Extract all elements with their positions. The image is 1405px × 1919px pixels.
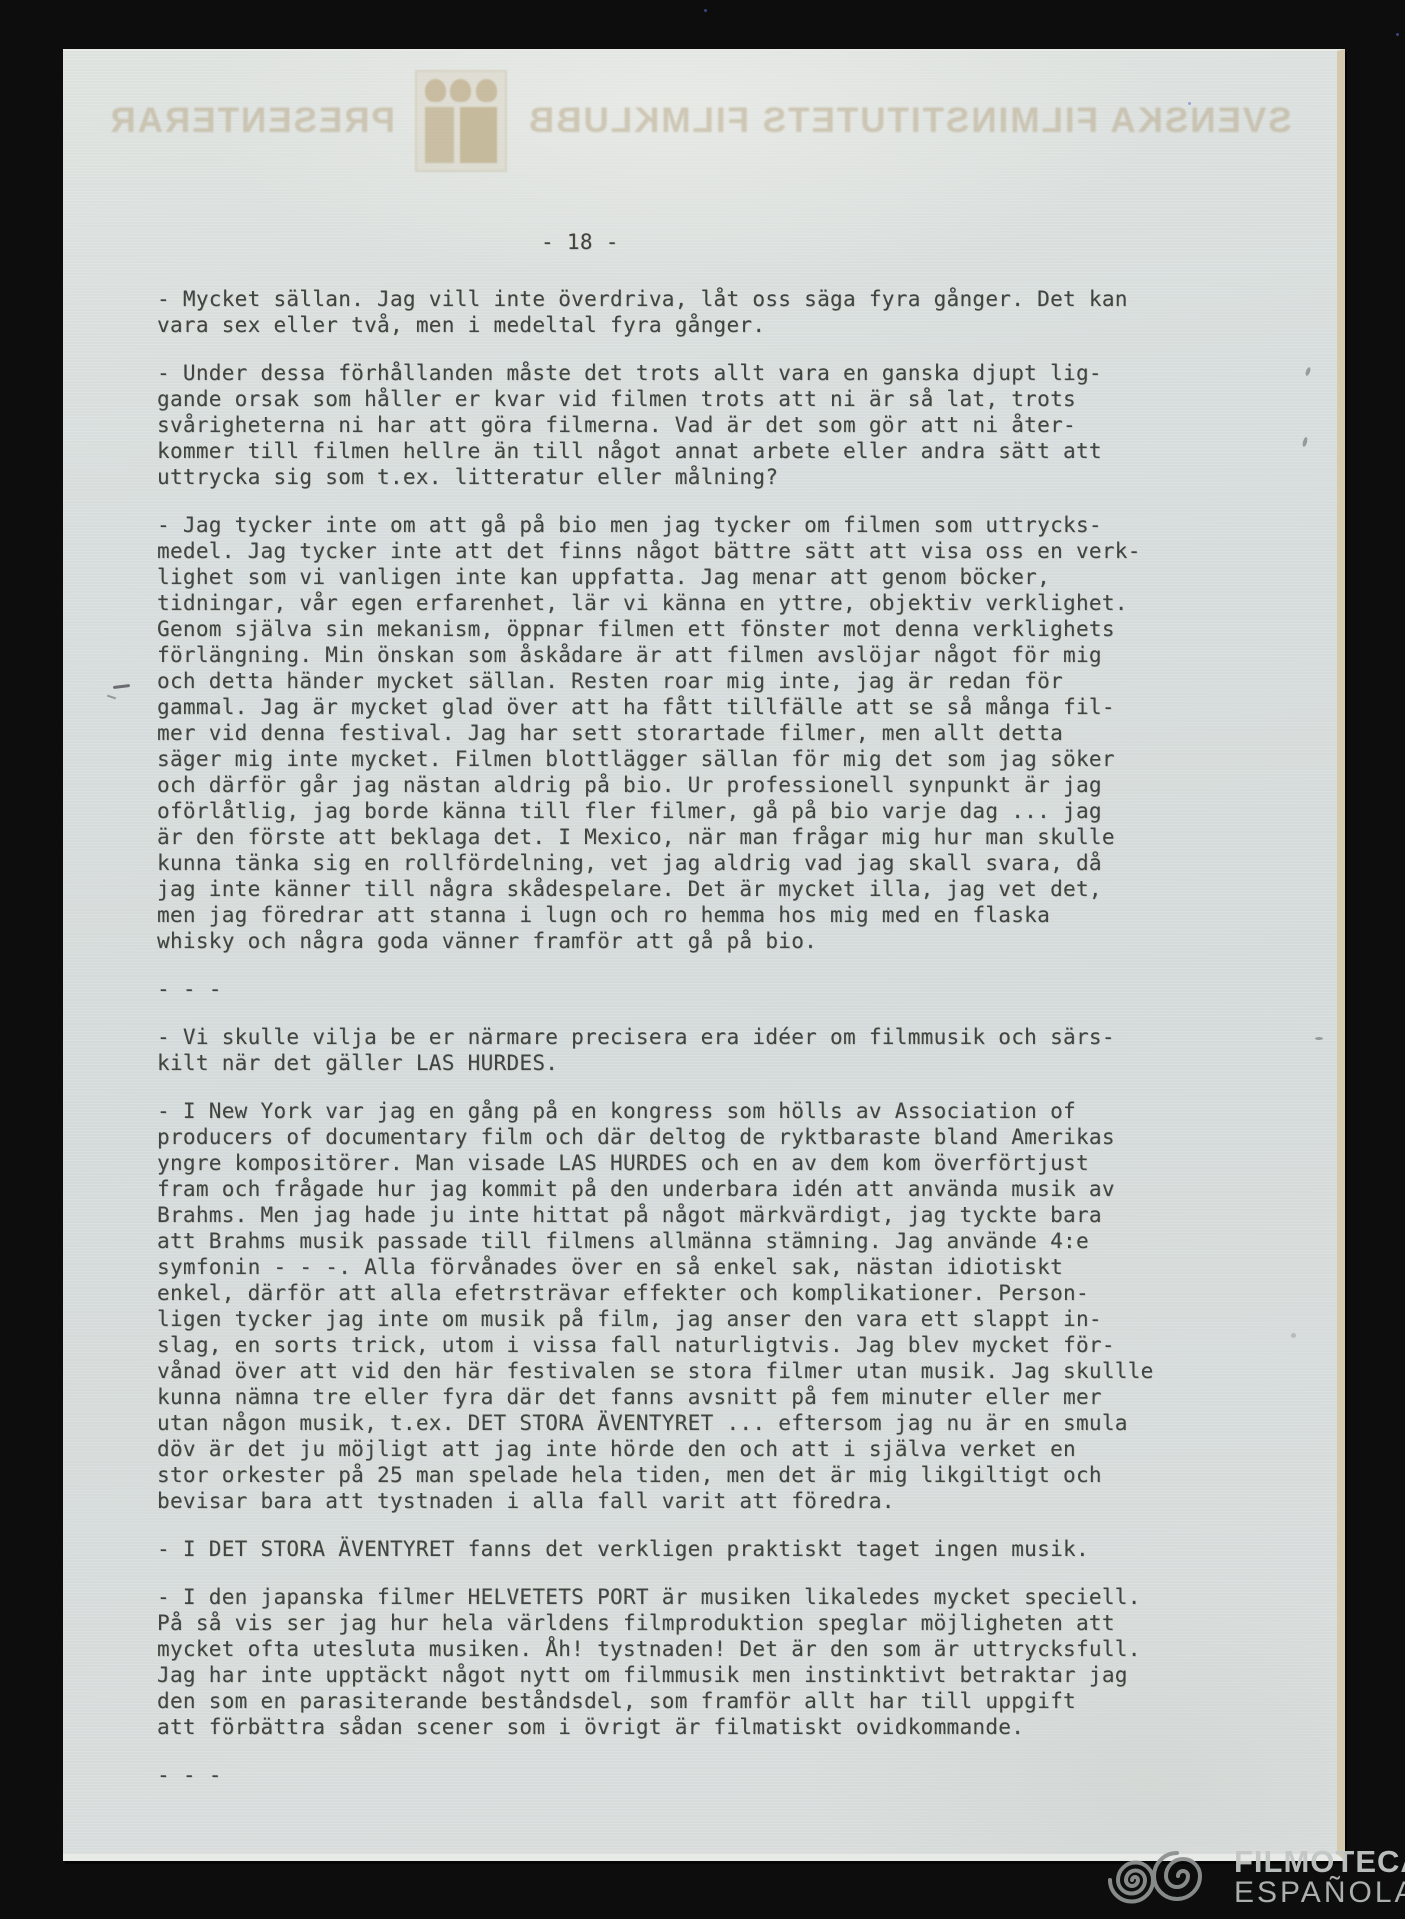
page-number: - 18 - — [157, 229, 1197, 255]
scan-background: { "bleed_header": { "club_text": "SVENSK… — [0, 0, 1405, 1919]
scan-dust-speck — [1396, 33, 1399, 36]
filmoteca-line2: ESPAÑOLA — [1234, 1877, 1405, 1908]
paragraph-answer-1: - Mycket sällan. Jag vill inte överdriva… — [157, 286, 1197, 338]
paragraph-answer-4: - I den japanska filmer HELVETETS PORT ä… — [157, 1584, 1197, 1740]
scanned-page: SVENSKA FILMINSTITUTETS FILMKLUBB PRESEN… — [63, 49, 1345, 1861]
paper-speck — [1302, 437, 1308, 448]
paper-speck — [1315, 1037, 1323, 1040]
paragraph-answer-2: - Jag tycker inte om att gå på bio men j… — [157, 512, 1197, 954]
margin-pencil-mark-small — [107, 695, 116, 700]
paragraph-answer-3: - I New York var jag en gång på en kongr… — [157, 1098, 1197, 1514]
section-divider-1: - - - — [157, 976, 1197, 1002]
paragraph-question-3: - I DET STORA ÄVENTYRET fanns det verkli… — [157, 1536, 1197, 1562]
typed-text-block: - 18 - - Mycket sällan. Jag vill inte öv… — [157, 51, 1197, 1810]
paper-speck — [1305, 367, 1312, 377]
margin-pencil-mark — [113, 684, 130, 689]
paragraph-question-1: - Under dessa förhållanden måste det tro… — [157, 360, 1197, 490]
paragraph-question-2: - Vi skulle vilja be er närmare preciser… — [157, 1024, 1197, 1076]
scan-dust-speck — [1188, 102, 1191, 105]
scan-dust-speck — [704, 9, 707, 12]
section-divider-2: - - - — [157, 1762, 1197, 1788]
paper-speck — [1291, 1333, 1296, 1338]
